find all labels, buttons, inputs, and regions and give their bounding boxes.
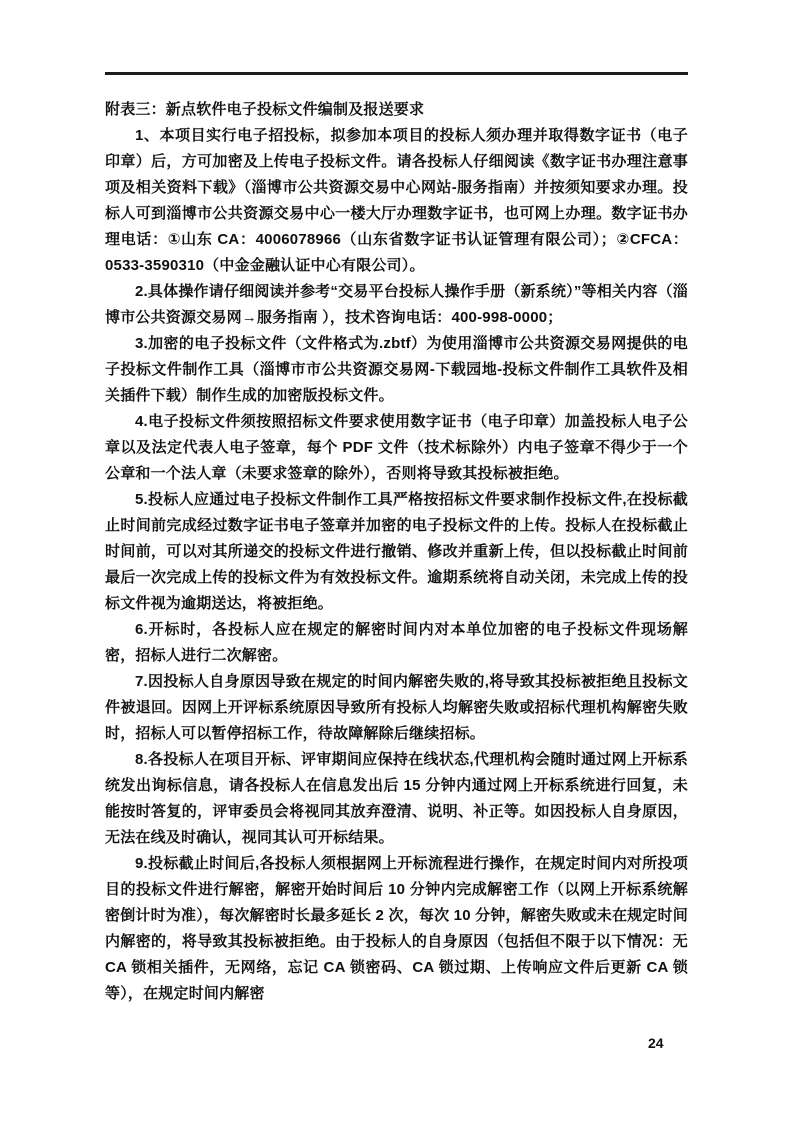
paragraph-6: 6.开标时，各投标人应在规定的解密时间内对本单位加密的电子投标文件现场解密，招标… bbox=[105, 617, 688, 669]
paragraph-1: 1、本项目实行电子招投标，拟参加本项目的投标人须办理并取得数字证书（电子印章）后… bbox=[105, 123, 688, 279]
paragraph-2: 2.具体操作请仔细阅读并参考“交易平台投标人操作手册（新系统）”等相关内容（淄博… bbox=[105, 279, 688, 331]
document-page: 附表三：新点软件电子投标文件编制及报送要求 1、本项目实行电子招投标，拟参加本项… bbox=[0, 0, 793, 1121]
paragraph-9: 9.投标截止时间后,各投标人须根据网上开标流程进行操作，在规定时间内对所投项目的… bbox=[105, 851, 688, 1007]
header-rule bbox=[105, 72, 688, 75]
document-body: 附表三：新点软件电子投标文件编制及报送要求 1、本项目实行电子招投标，拟参加本项… bbox=[105, 97, 688, 1007]
page-title: 附表三：新点软件电子投标文件编制及报送要求 bbox=[105, 97, 688, 123]
paragraph-4: 4.电子投标文件须按照招标文件要求使用数字证书（电子印章）加盖投标人电子公章以及… bbox=[105, 409, 688, 487]
page-number: 24 bbox=[648, 1035, 664, 1051]
paragraph-7: 7.因投标人自身原因导致在规定的时间内解密失败的,将导致其投标被拒绝且投标文件被… bbox=[105, 669, 688, 747]
paragraph-5: 5.投标人应通过电子投标文件制作工具严格按招标文件要求制作投标文件,在投标截止时… bbox=[105, 487, 688, 617]
paragraph-8: 8.各投标人在项目开标、评审期间应保持在线状态,代理机构会随时通过网上开标系统发… bbox=[105, 747, 688, 851]
paragraph-3: 3.加密的电子投标文件（文件格式为.zbtf）为使用淄博市公共资源交易网提供的电… bbox=[105, 331, 688, 409]
